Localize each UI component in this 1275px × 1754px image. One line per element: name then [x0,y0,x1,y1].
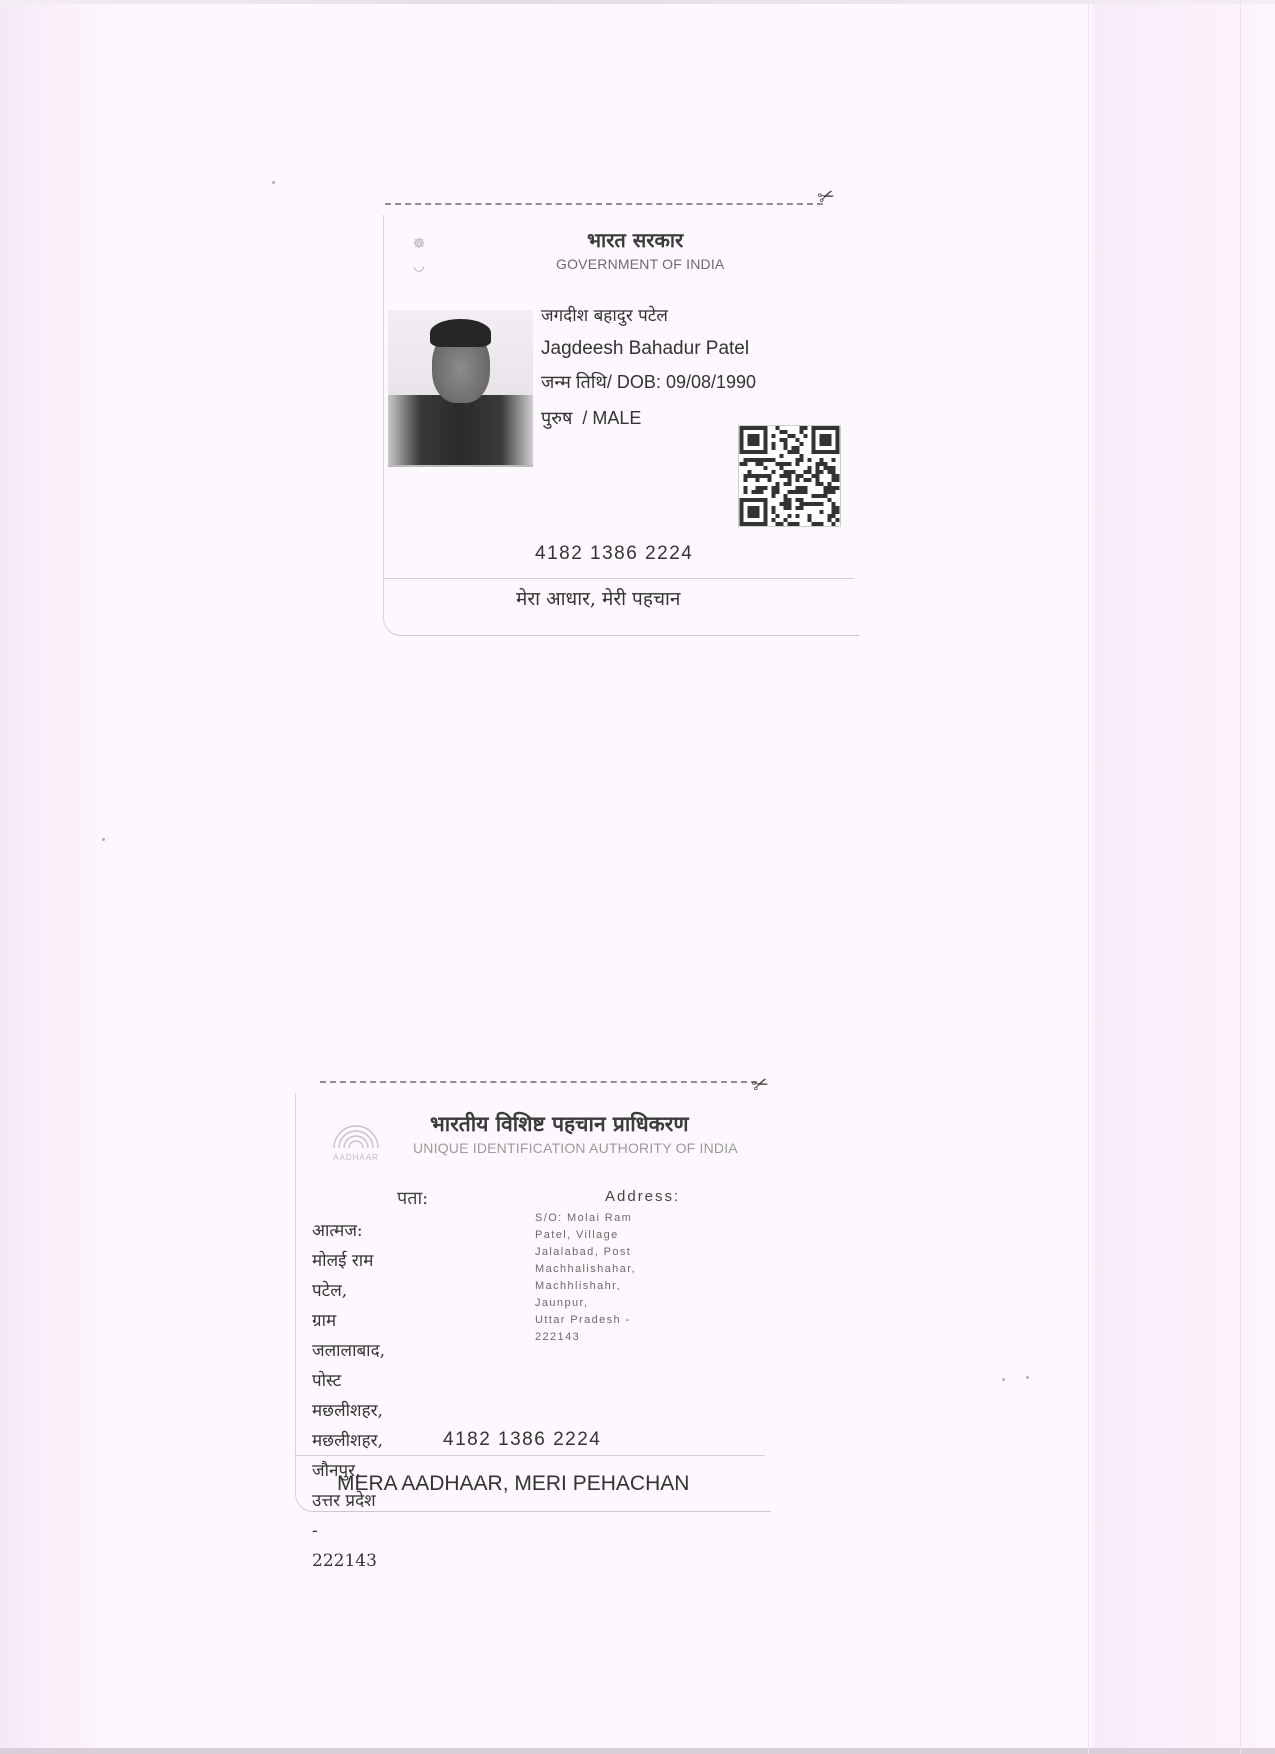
fold-line [1088,0,1089,1754]
scan-speck [1026,1376,1029,1379]
scan-speck [102,838,105,841]
address-hindi-line: आत्मज: मोलई राम पटेल, [312,1216,385,1306]
qr-code-icon [738,425,841,527]
aadhaar-number: 4182 1386 2224 [535,543,693,565]
address-english-line: S/O: Molai Ram Patel, Village [535,1210,636,1244]
address-hindi: आत्मज: मोलई राम पटेल, ग्राम जलालाबाद, पो… [312,1216,385,1576]
address-english-line: Machhalishahar, Machhlishahr, [535,1261,636,1295]
address-english-line: Jalalabad, Post [535,1244,636,1261]
card-title-english: GOVERNMENT OF INDIA [556,256,724,272]
address-english-line: Uttar Pradesh - 222143 [535,1312,636,1346]
scan-speck [272,181,275,184]
card-title-hindi: भारत सरकार [587,226,683,253]
date-of-birth: जन्म तिथि/ DOB: 09/08/1990 [541,370,756,394]
aadhaar-fingerprint-logo-icon: AADHAAR [326,1108,386,1162]
scan-top-edge [0,0,1275,4]
authority-title-english: UNIQUE IDENTIFICATION AUTHORITY OF INDIA [413,1140,738,1156]
aadhaar-number: 4182 1386 2224 [443,1429,601,1451]
footer-divider [295,1455,765,1456]
gender: पुरुष / MALE [541,406,641,430]
address-label-english: Address: [605,1188,680,1205]
logo-text: AADHAAR [326,1153,386,1162]
holder-photo [388,310,533,467]
national-emblem-icon: ☸◡ [406,232,432,278]
card-slogan: मेरा आधार, मेरी पहचान [516,585,680,611]
cut-line [385,203,823,205]
scan-bottom-edge [0,1748,1275,1754]
address-hindi-line: ग्राम जलालाबाद, पोस्ट [312,1306,385,1396]
cut-line [320,1081,757,1083]
address-english-line: Jaunpur, [535,1295,636,1312]
holder-name-hindi: जगदीश बहादुर पटेल [541,303,668,326]
address-hindi-line: उत्तर प्रदेश - 222143 [312,1486,385,1576]
card-slogan: MERA AADHAAR, MERI PEHACHAN [337,1472,689,1496]
footer-divider [384,578,854,579]
fold-line [1240,0,1241,1754]
address-english: S/O: Molai Ram Patel, Village Jalalabad,… [535,1210,636,1346]
authority-title-hindi: भारतीय विशिष्ट पहचान प्राधिकरण [430,1110,689,1138]
holder-name-english: Jagdeesh Bahadur Patel [541,338,749,360]
address-label-hindi: पता: [397,1186,428,1210]
scan-speck [1002,1378,1005,1381]
address-hindi-line: मछलीशहर, मछलीशहर, [312,1396,385,1456]
